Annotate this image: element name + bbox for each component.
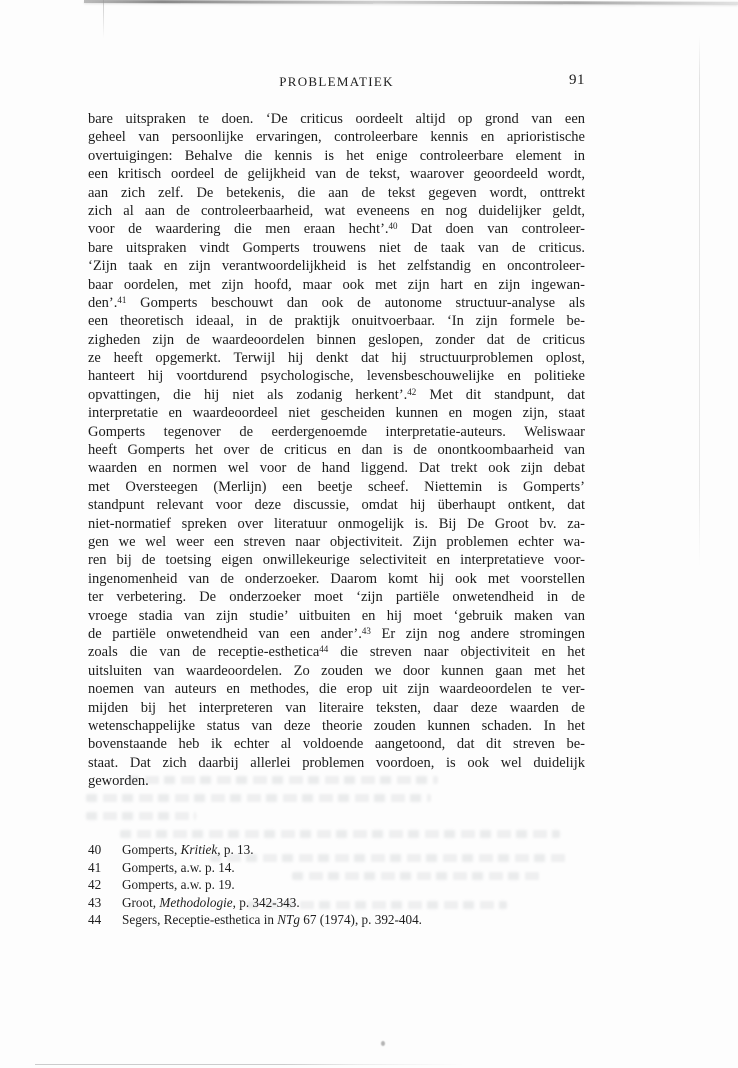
text-line: bovenstaande heb ik echter al voldoende … xyxy=(88,735,585,753)
text-line: bare uitspraken vindt Gomperts trouwens … xyxy=(88,239,585,257)
scan-edge-bottom xyxy=(35,1064,465,1065)
text-line: heeft Gomperts het over de criticus en d… xyxy=(88,441,585,459)
text-line: bare uitspraken te doen. ‘De criticus oo… xyxy=(88,110,585,128)
text-line: hanteert hij voortdurend psychologische,… xyxy=(88,367,585,385)
footnote-text: Groot, Methodologie, p. 342-343. xyxy=(122,894,585,912)
body-text: bare uitspraken te doen. ‘De criticus oo… xyxy=(88,110,585,790)
footnote: 44Segers, Receptie-esthetica in NTg 67 (… xyxy=(88,911,585,929)
footnote-number: 41 xyxy=(88,859,122,877)
text-line: noemen van auteurs en methodes, die erop… xyxy=(88,680,585,698)
text-line: vroege stadia van zijn studie’ uitbuiten… xyxy=(88,607,585,625)
text-line: opvattingen, die hij niet als zodanig he… xyxy=(88,386,585,404)
footnote: 40Gomperts, Kritiek, p. 13. xyxy=(88,841,585,859)
text-line: Gomperts tegenover de eerdergenoemde int… xyxy=(88,423,585,441)
text-line: geheel van persoonlijke ervaringen, cont… xyxy=(88,128,585,146)
text-line: gen we wel weer een streven naar objecti… xyxy=(88,533,585,551)
text-line: ren bij de toetsing eigen onwillekeurige… xyxy=(88,551,585,569)
text-line: de partiële onwetendheid van een ander’.… xyxy=(88,625,585,643)
text-line: zigheden zijn de waardeoordelen binnen g… xyxy=(88,331,585,349)
footnote-number: 44 xyxy=(88,911,122,929)
scanned-book-page: PROBLEMATIEK 91 bare uitspraken te doen.… xyxy=(0,0,738,1068)
text-line: wetenschappelijke status van deze theori… xyxy=(88,717,585,735)
running-head: PROBLEMATIEK 91 xyxy=(88,74,585,92)
text-line: waarden en normen wel voor de hand ligge… xyxy=(88,459,585,477)
scan-edge-left xyxy=(103,0,104,38)
scan-edge-right xyxy=(699,36,700,566)
footnote: 42Gomperts, a.w. p. 19. xyxy=(88,876,585,894)
footnote-marker: 41 xyxy=(117,295,126,305)
ghost-text-line xyxy=(120,830,560,838)
scan-edge-top xyxy=(84,0,738,5)
text-line: een theoretisch ideaal, in de praktijk o… xyxy=(88,312,585,330)
footnote: 43Groot, Methodologie, p. 342-343. xyxy=(88,894,585,912)
ghost-text-line xyxy=(128,776,438,784)
text-line: zoals die van de receptie-esthetica44 di… xyxy=(88,643,585,661)
ghost-text-line xyxy=(86,812,196,820)
text-line: standpunt relevant voor deze discussie, … xyxy=(88,496,585,514)
footnotes: 40Gomperts, Kritiek, p. 13.41Gomperts, a… xyxy=(88,841,585,929)
scan-speck xyxy=(381,1041,385,1046)
footnote-number: 40 xyxy=(88,841,122,859)
text-line: met Oversteegen (Merlijn) een beetje sch… xyxy=(88,478,585,496)
running-head-title: PROBLEMATIEK xyxy=(88,74,585,90)
text-line: overtuigingen: Behalve die kennis is het… xyxy=(88,147,585,165)
text-line: mijden bij het interpreteren van literai… xyxy=(88,699,585,717)
footnote-marker: 44 xyxy=(319,644,328,654)
page-number: 91 xyxy=(569,72,585,89)
text-line: uitsluiten van waardeoordelen. Zo zouden… xyxy=(88,662,585,680)
text-line: aan zich zelf. De betekenis, die aan de … xyxy=(88,184,585,202)
text-line: ‘Zijn taak en zijn verantwoordelijkheid … xyxy=(88,257,585,275)
text-line: ter verbetering. De onderzoeker moet ‘zi… xyxy=(88,588,585,606)
footnote-marker: 40 xyxy=(389,221,398,231)
footnote-text: Gomperts, a.w. p. 14. xyxy=(122,859,585,877)
footnote-text: Gomperts, Kritiek, p. 13. xyxy=(122,841,585,859)
footnote-text: Gomperts, a.w. p. 19. xyxy=(122,876,585,894)
text-line: staat. Dat zich daarbij allerlei problem… xyxy=(88,754,585,772)
text-line: den’.41 Gomperts beschouwt dan ook de au… xyxy=(88,294,585,312)
footnote-number: 43 xyxy=(88,894,122,912)
text-line: interpretatie en waardeoordeel niet gesc… xyxy=(88,404,585,422)
footnote-marker: 42 xyxy=(407,387,416,397)
text-line: zich al aan de controleerbaarheid, wat e… xyxy=(88,202,585,220)
footnote-text: Segers, Receptie-esthetica in NTg 67 (19… xyxy=(122,911,585,929)
text-line: ze heeft opgemerkt. Terwijl hij denkt da… xyxy=(88,349,585,367)
footnote-number: 42 xyxy=(88,876,122,894)
text-line: een kritisch oordeel de gelijkheid van d… xyxy=(88,165,585,183)
text-line: niet-normatief spreken over literatuur o… xyxy=(88,515,585,533)
text-line: ingenomenheid van de onderzoeker. Daarom… xyxy=(88,570,585,588)
text-line: voor de waardering die men eraan hecht’.… xyxy=(88,220,585,238)
footnote: 41Gomperts, a.w. p. 14. xyxy=(88,859,585,877)
footnote-marker: 43 xyxy=(362,626,371,636)
text-line: baar oordelen, met zijn hoofd, maar ook … xyxy=(88,276,585,294)
ghost-text-line xyxy=(86,794,431,802)
